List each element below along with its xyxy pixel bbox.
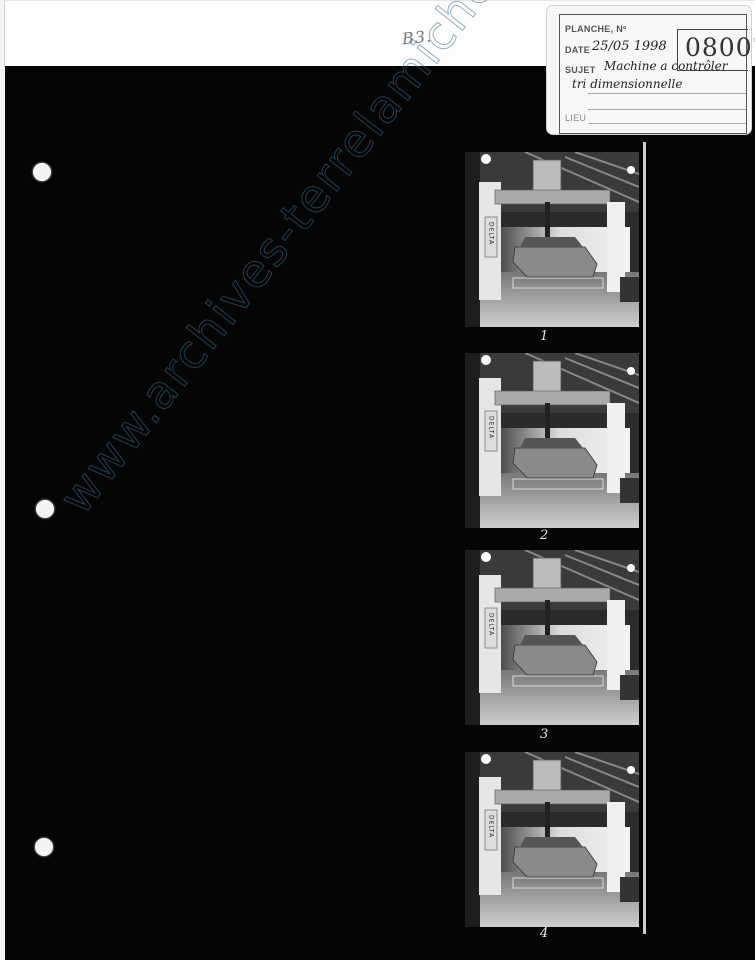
sujet-line-2: tri dimensionnelle [572,77,683,91]
frame-number: 3 [540,727,548,742]
label-rule [588,93,746,94]
label-frame: PLANCHE, Nº 08007 DATE 25/05 1998 SUJET … [559,14,747,134]
label-rule [588,123,746,124]
archive-label-card: PLANCHE, Nº 08007 DATE 25/05 1998 SUJET … [547,6,751,134]
binder-hole [36,500,54,518]
planche-number: 08007 [685,33,755,62]
svg-text:DELTA: DELTA [488,613,495,636]
frame-number: 2 [540,528,548,543]
svg-text:DELTA: DELTA [488,815,495,838]
planche-label: PLANCHE, Nº [565,24,627,34]
sujet-label: SUJET [565,65,596,75]
photo-frame-3: DELTA [465,550,639,725]
lieu-label: LIEU [565,113,586,123]
date-value: 25/05 1998 [592,39,667,54]
frame-number: 4 [540,926,548,941]
svg-text:DELTA: DELTA [488,416,495,439]
svg-text:DELTA: DELTA [488,222,495,245]
sujet-line-1: Machine a contrôler [604,59,727,73]
film-strip-edge [643,142,646,934]
photo-frame-1: DELTA [465,152,639,327]
label-rule [588,109,746,110]
binder-hole [35,838,53,856]
binder-hole [33,163,51,181]
frame-number: 1 [540,329,548,344]
photo-frame-4: DELTA [465,752,639,927]
photo-frame-2: DELTA [465,353,639,528]
date-label: DATE [565,45,590,55]
